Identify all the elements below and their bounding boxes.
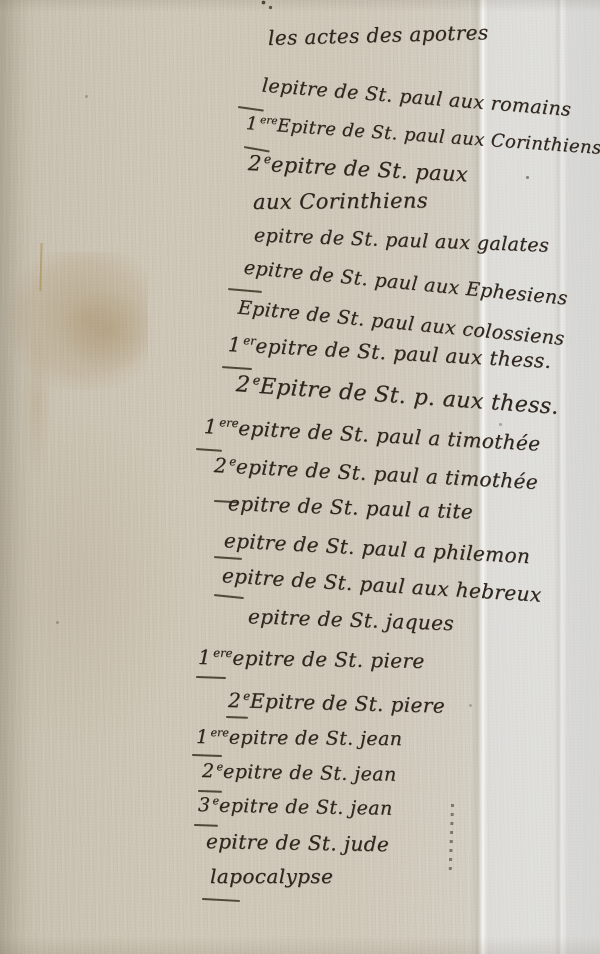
ordinal xyxy=(266,26,267,50)
line-text: epitre de St. jude xyxy=(206,829,390,856)
manuscript-line: 2eEpitre de St. piere xyxy=(228,688,446,718)
ink-dash xyxy=(192,754,222,757)
ordinal-suffix: ere xyxy=(210,726,228,739)
ordinal xyxy=(246,604,247,628)
ordinal xyxy=(226,491,227,515)
manuscript-line: 1ereepitre de St. jean xyxy=(196,726,403,750)
ink-dash xyxy=(214,556,242,560)
line-text: epitre de St. jean xyxy=(229,727,403,751)
ordinal-suffix: er xyxy=(243,333,256,348)
manuscript-line: lapocalypse xyxy=(208,864,333,888)
manuscript-line: 1ereEpitre de St. paul aux Corinthiens xyxy=(245,113,600,159)
ordinal-suffix: ere xyxy=(219,415,239,430)
manuscript-line: 1ereepitre de St. piere xyxy=(198,645,425,673)
paper-specks xyxy=(0,0,1,1)
paper-mottle xyxy=(0,420,190,740)
manuscript-line: 2eepitre de St. paul a timothée xyxy=(213,453,538,494)
manuscript-line: 2eepitre de St. jean xyxy=(202,760,397,786)
paper-scratch xyxy=(39,243,42,291)
paper-stain xyxy=(8,252,148,390)
ink-dash xyxy=(228,288,262,293)
ink-dash xyxy=(198,790,222,793)
manuscript-line: epitre de St. paul a tite xyxy=(226,491,474,524)
manuscript-line: epitre de St. paul aux galates xyxy=(252,224,550,257)
line-text: epitre de St. jean xyxy=(219,795,393,820)
ink-dash xyxy=(196,676,226,679)
paper-top-shadow xyxy=(0,0,600,12)
paper-left-shadow xyxy=(0,0,30,954)
ink-dot-trail xyxy=(449,798,455,870)
line-text: epitre de St. jaques xyxy=(248,604,455,635)
line-text: epitre de St. paul aux galates xyxy=(254,224,550,256)
ordinal: 1 xyxy=(198,645,212,669)
manuscript-line: 2eepitre de St. paux xyxy=(247,151,468,187)
ink-dash xyxy=(196,448,222,452)
manuscript-line: epitre de St. jaques xyxy=(246,604,455,635)
line-text: lapocalypse xyxy=(210,864,333,888)
ordinal-suffix: ere xyxy=(260,114,278,127)
paper-bottom-shadow xyxy=(0,936,600,954)
ordinal: 1 xyxy=(196,726,209,748)
ordinal: 1 xyxy=(203,414,217,439)
ink-dash xyxy=(202,898,240,902)
line-text: Epitre de St. paul aux Corinthiens xyxy=(276,115,600,159)
line-text: epitre de St. piere xyxy=(232,646,425,673)
ordinal: 1 xyxy=(245,113,258,135)
line-text: Epitre de St. piere xyxy=(250,689,446,718)
ink-dash xyxy=(222,366,252,370)
ordinal: 3 xyxy=(198,794,211,816)
line-text: aux Corinthiens xyxy=(253,188,428,214)
ordinal: 2 xyxy=(247,151,262,176)
ordinal: 2 xyxy=(213,453,227,478)
ordinal xyxy=(252,224,253,246)
line-text: Epitre de St. p. aux thess. xyxy=(259,374,560,420)
ordinal: 2 xyxy=(235,372,251,398)
line-text: epitre de St. paux xyxy=(270,152,468,186)
line-text: epitre de St. paul aux hebreux xyxy=(221,563,542,607)
line-text: epitre de St. paul a timothée xyxy=(238,416,541,456)
ordinal: 2 xyxy=(228,688,242,712)
manuscript-photo: les actes des apotres lepitre de St. pau… xyxy=(0,0,600,954)
ink-dash xyxy=(226,716,248,719)
line-text: epitre de St. paul a philemon xyxy=(223,528,531,568)
paper-stain-drip xyxy=(22,330,52,480)
manuscript-line: epitre de St. paul aux hebreux xyxy=(219,563,542,607)
ordinal: 1 xyxy=(227,332,241,357)
manuscript-line: lepitre de St. paul aux romains xyxy=(259,74,572,121)
manuscript-line: epitre de St. paul a philemon xyxy=(221,528,531,568)
manuscript-line: 1ereepitre de St. paul a timothée xyxy=(203,414,541,456)
ink-dash xyxy=(214,594,244,599)
manuscript-line: epitre de St. jude xyxy=(204,829,390,856)
ink-dash xyxy=(194,824,218,827)
paper-stain-small xyxy=(62,288,154,374)
ordinal: 2 xyxy=(202,760,215,782)
line-text: epitre de St. jean xyxy=(223,761,397,786)
manuscript-line: 3eepitre de St. jean xyxy=(198,794,393,820)
line-text: lepitre de St. paul aux romains xyxy=(261,75,572,121)
line-text: epitre de St. paul a tite xyxy=(228,491,474,524)
manuscript-line: 2eEpitre de St. p. aux thess. xyxy=(235,372,560,420)
ink-dash xyxy=(238,106,264,112)
manuscript-line: aux Corinthiens xyxy=(251,188,428,214)
line-text: epitre de St. paul a timothée xyxy=(235,454,538,494)
ordinal-suffix: ere xyxy=(213,646,233,660)
ordinal xyxy=(221,528,222,552)
manuscript-line: les actes des apotres xyxy=(266,20,489,50)
line-text: les actes des apotres xyxy=(268,20,489,50)
